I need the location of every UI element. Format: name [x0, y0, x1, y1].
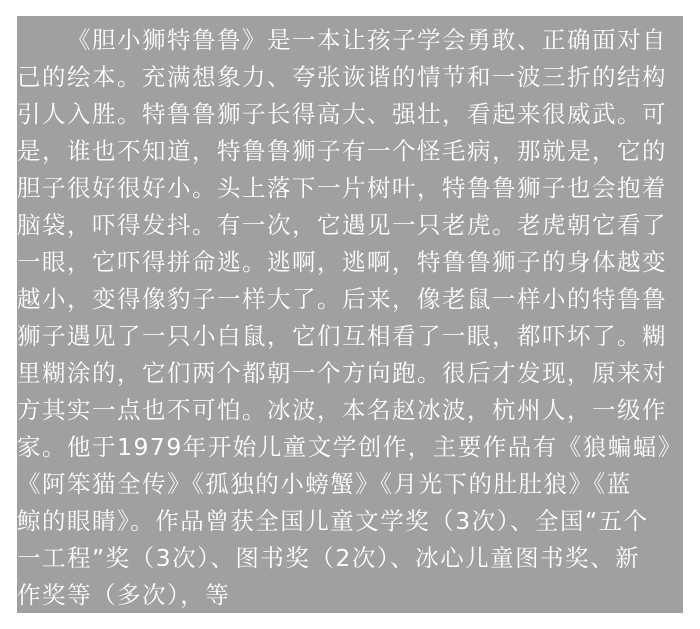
text-line-7: 一眼，它吓得拼命逃。逃啊，逃啊，特鲁鲁狮子的身体越变: [17, 244, 683, 281]
text-line-12: 家。他于1979年开始儿童文学创作，主要作品有《狼蝙蝠》: [17, 429, 683, 466]
text-line-13: 《阿笨猫全传》《孤独的小螃蟹》《月光下的肚肚狼》《蓝: [17, 466, 683, 503]
text-line-14: 鲸的眼睛》。作品曾获全国儿童文学奖（3次）、全国“五个: [17, 503, 683, 540]
text-line-3: 引人入胜。特鲁鲁狮子长得高大、强壮，看起来很威武。可: [17, 96, 683, 133]
text-line-11: 方其实一点也不可怕。冰波，本名赵冰波，杭州人，一级作: [17, 392, 683, 429]
text-line-16: 作奖等（多次），等: [17, 577, 683, 614]
text-line-8: 越小，变得像豹子一样大了。后来，像老鼠一样小的特鲁鲁: [17, 281, 683, 318]
text-line-4: 是，谁也不知道，特鲁鲁狮子有一个怪毛病，那就是，它的: [17, 133, 683, 170]
text-line-9: 狮子遇见了一只小白鼠，它们互相看了一眼，都吓坏了。糊: [17, 318, 683, 355]
text-line-2: 己的绘本。充满想象力、夸张诙谐的情节和一波三折的结构: [17, 59, 683, 96]
text-line-10: 里糊涂的，它们两个都朝一个方向跑。很后才发现，原来对: [17, 355, 683, 392]
text-line-5: 胆子很好很好小。头上落下一片树叶，特鲁鲁狮子也会抱着: [17, 170, 683, 207]
text-line-6: 脑袋，吓得发抖。有一次，它遇见一只老虎。老虎朝它看了: [17, 207, 683, 244]
text-line-15: 一工程”奖（3次）、图书奖（2次）、冰心儿童图书奖、新: [17, 540, 683, 577]
page: 《胆小狮特鲁鲁》是一本让孩子学会勇敢、正确面对自 己的绘本。充满想象力、夸张诙谐…: [0, 0, 700, 629]
text-block: 《胆小狮特鲁鲁》是一本让孩子学会勇敢、正确面对自 己的绘本。充满想象力、夸张诙谐…: [17, 16, 683, 613]
text-line-1: 《胆小狮特鲁鲁》是一本让孩子学会勇敢、正确面对自: [17, 22, 683, 59]
